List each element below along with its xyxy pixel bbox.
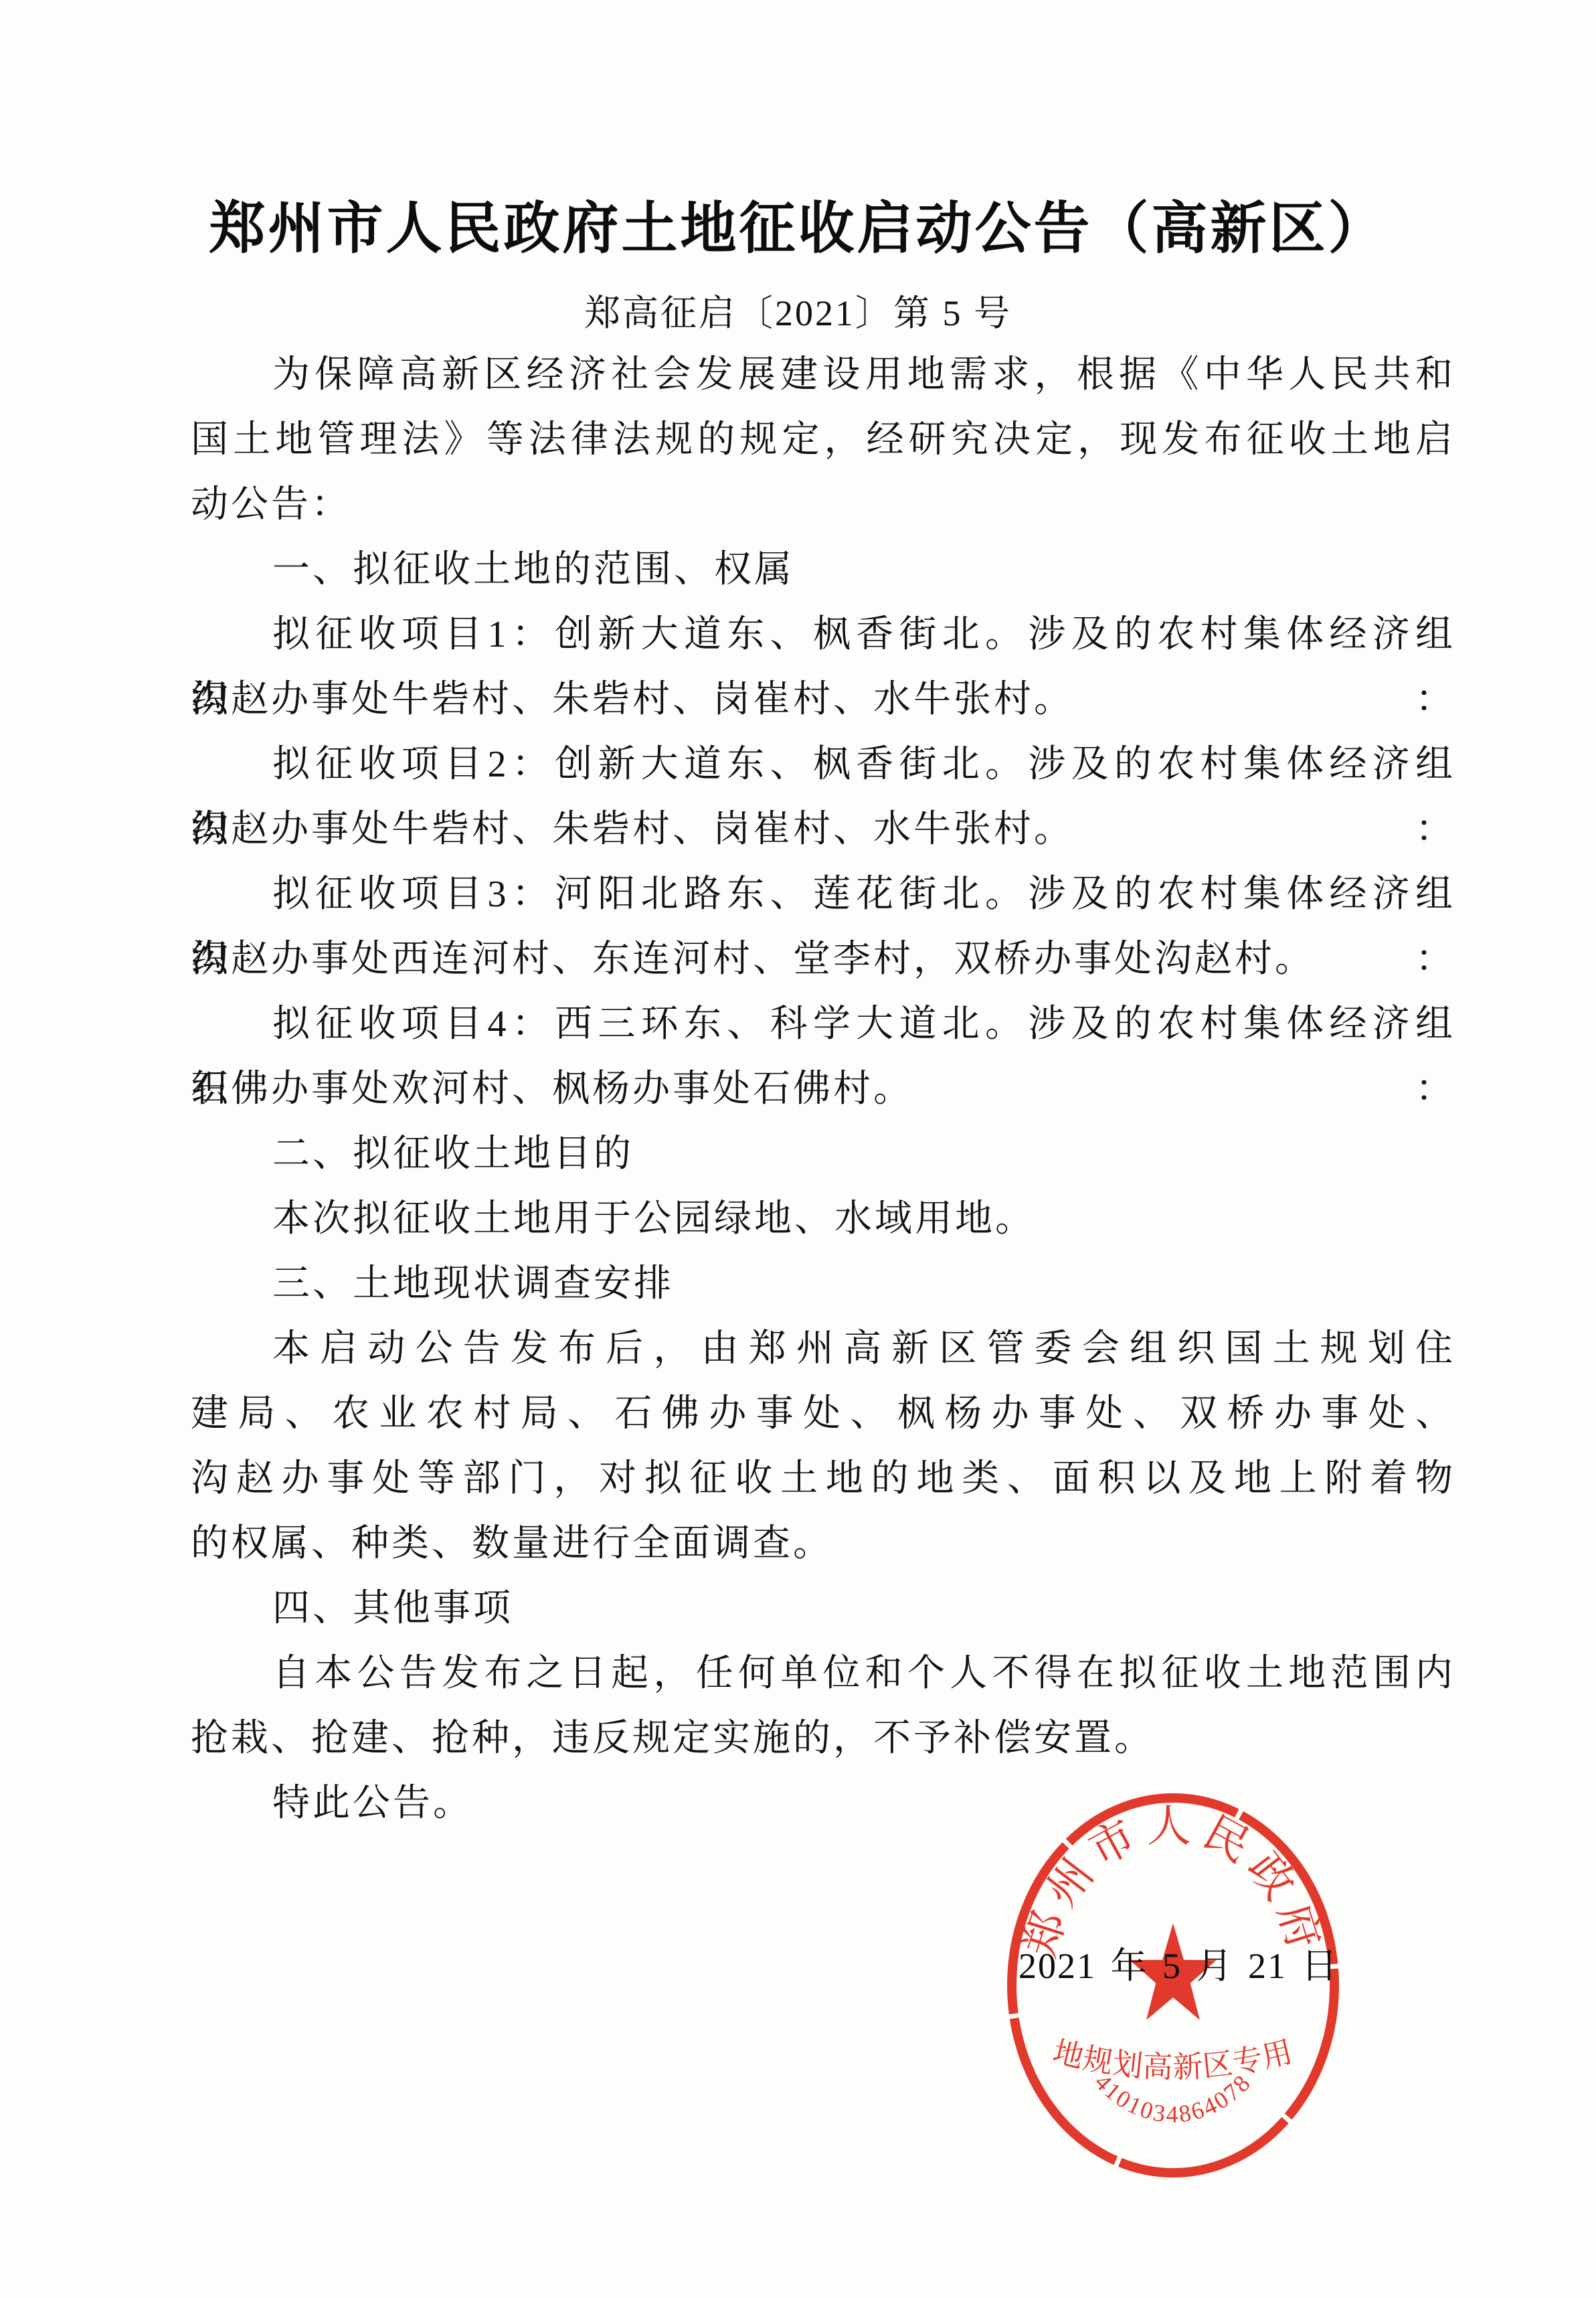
body-line: 本次拟征收土地用于公园绿地、水域用地。 (191, 1187, 1455, 1252)
document-page: 郑州市人民政府土地征收启动公告（高新区） 郑高征启〔2021〕第 5 号 为保障… (0, 0, 1596, 2298)
issue-date: 2021 年 5 月 21 日 (1018, 1945, 1339, 1987)
body-line: 国土地管理法》等法律法规的规定，经研究决定，现发布征收土地启 (191, 408, 1455, 473)
body-line: 自本公告发布之日起，任何单位和个人不得在拟征收土地范围内 (191, 1641, 1455, 1706)
body-line: 四、其他事项 (191, 1576, 1455, 1641)
body-line: 的权属、种类、数量进行全面调查。 (191, 1511, 1455, 1576)
body-line: 一、拟征收土地的范围、权属 (191, 538, 1455, 602)
body-line: 建局、农业农村局、石佛办事处、枫杨办事处、双桥办事处、 (191, 1382, 1455, 1447)
body-line: 本启动公告发布后，由郑州高新区管委会组织国土规划住 (191, 1317, 1455, 1382)
body-line: 拟征收项目2：创新大道东、枫香街北。涉及的农村集体经济组织： (191, 732, 1455, 797)
body-line: 三、土地现状调查安排 (191, 1252, 1455, 1317)
body-line: 二、拟征收土地目的 (191, 1122, 1455, 1187)
body-line: 为保障高新区经济社会发展建设用地需求，根据《中华人民共和 (191, 343, 1455, 408)
document-title: 郑州市人民政府土地征收启动公告（高新区） (0, 189, 1596, 268)
document-body: 为保障高新区经济社会发展建设用地需求，根据《中华人民共和国土地管理法》等法律法规… (191, 343, 1455, 1836)
body-line: 拟征收项目4：西三环东、科学大道北。涉及的农村集体经济组织： (191, 992, 1455, 1057)
body-line: 抢栽、抢建、抢种，违反规定实施的，不予补偿安置。 (191, 1706, 1455, 1771)
body-line: 拟征收项目3：河阳北路东、莲花街北。涉及的农村集体经济组织： (191, 862, 1455, 927)
body-line: 沟赵办事处西连河村、东连河村、堂李村，双桥办事处沟赵村。 (191, 927, 1455, 992)
body-line: 动公告： (191, 473, 1455, 538)
body-line: 拟征收项目1：创新大道东、枫香街北。涉及的农村集体经济组织： (191, 602, 1455, 667)
body-line: 沟赵办事处等部门，对拟征收土地的地类、面积以及地上附着物 (191, 1447, 1455, 1511)
document-number: 郑高征启〔2021〕第 5 号 (0, 293, 1596, 333)
